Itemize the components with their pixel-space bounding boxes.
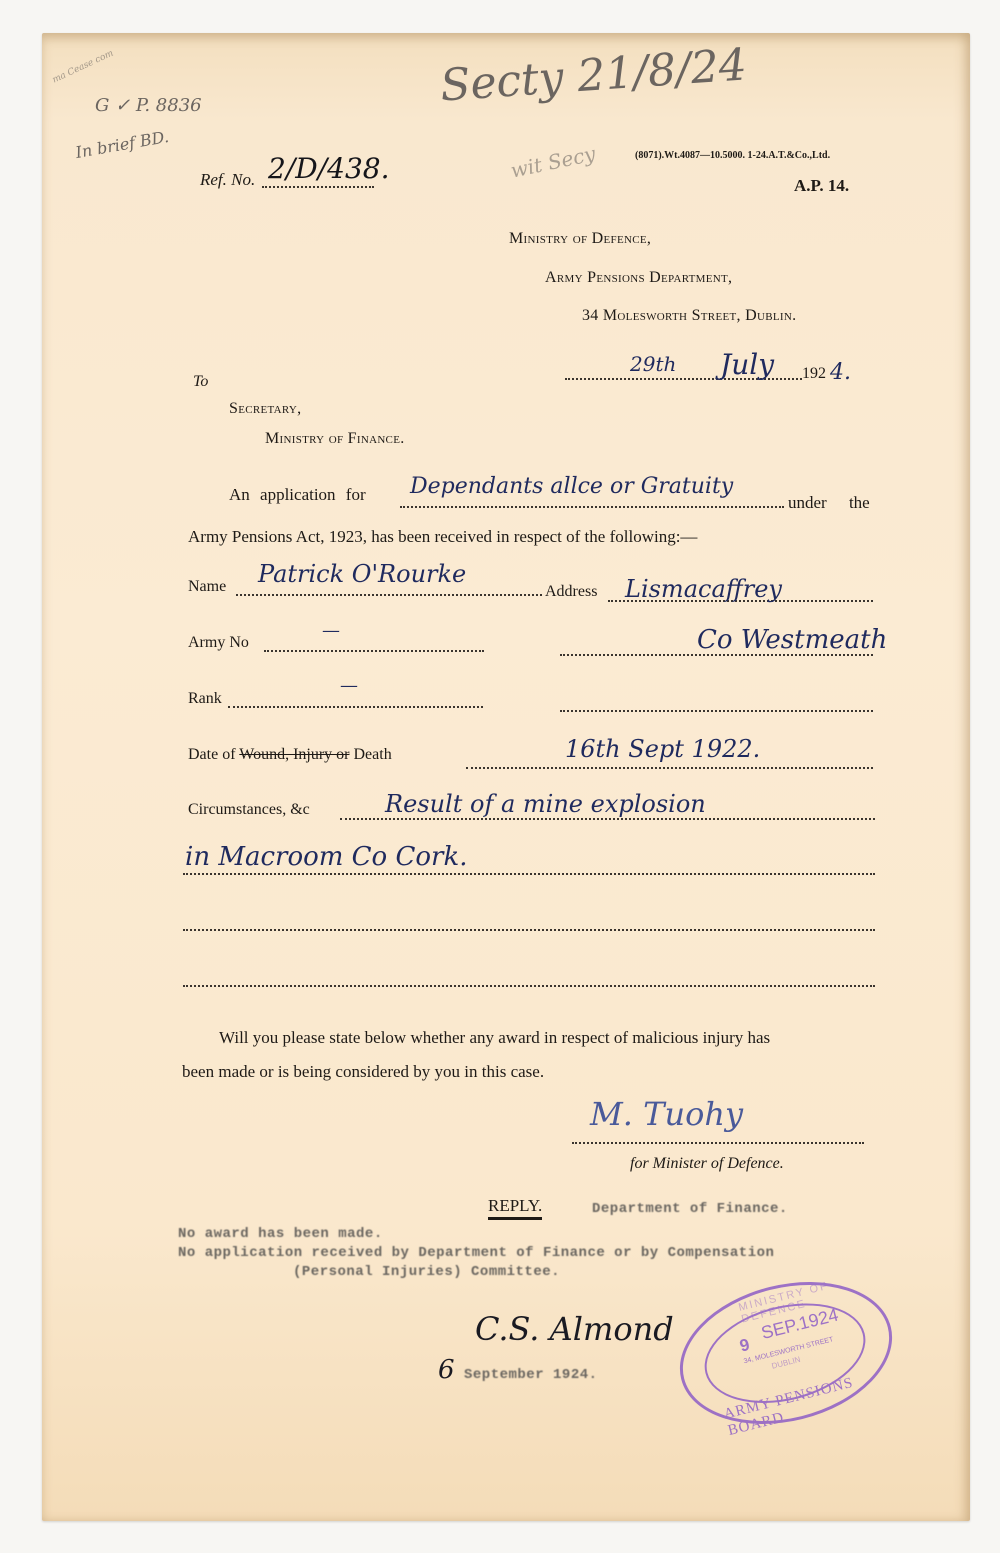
date-year-handwritten: 4. [830,360,851,385]
ref-dotted-line [262,186,374,188]
date-day: 29th [630,352,676,376]
recipient-line-2: Ministry of Finance. [265,430,405,448]
sender-line-2: Army Pensions Department, [545,269,732,287]
address-line-2: Co Westmeath [697,625,887,655]
rank-dotted-line [228,706,483,708]
date-of-death-label: Death [354,746,392,763]
application-dotted-line [400,506,784,508]
date-of-struck-label: Wound, Injury or [239,746,349,763]
reply-label: REPLY. [488,1196,542,1220]
circumstances-dotted-line-2 [183,873,875,875]
reply-department: Department of Finance. [592,1201,788,1217]
date-year-printed: 192 [802,365,826,383]
circumstances-dotted-line-3 [183,929,875,931]
circumstances-dotted-line-4 [183,985,875,987]
request-line-2: been made or is being considered by you … [182,1062,544,1082]
intro-prefix: An application for [229,485,366,505]
circumstances-line-2: in Macroom Co Cork. [185,842,467,872]
death-date-value: 16th Sept 1922. [565,735,760,763]
address-line-1: Lismacaffrey [625,575,782,603]
finance-signature: C.S. Almond [475,1310,674,1348]
request-line-1: Will you please state below whether any … [219,1028,770,1048]
ref-number: 2/D/438. [268,152,389,185]
reply-line-2: No application received by Department of… [178,1245,774,1261]
annotation-corner-initials: G ✓ P. 8836 [95,95,202,116]
sender-line-1: Ministry of Defence, [509,230,651,248]
to-label: To [193,373,208,391]
name-value: Patrick O'Rourke [258,560,466,588]
army-no-dotted-line [264,650,484,652]
army-no-label: Army No [188,634,249,652]
army-no-value: — [322,620,340,641]
intro-suffix: under the [788,493,870,513]
death-date-dotted-line [466,767,873,769]
sender-line-3: 34 Molesworth Street, Dublin. [582,307,796,325]
address-label: Address [545,583,597,601]
signature-caption: for Minister of Defence. [630,1155,784,1173]
form-number: A.P. 14. [794,176,849,196]
rank-extra-dotted-line [560,710,873,712]
ref-label: Ref. No. [200,170,255,190]
reply-date-text: September 1924. [464,1367,598,1383]
name-label: Name [188,578,226,596]
reply-line-1: No award has been made. [178,1226,383,1242]
date-of-label: Date of [188,746,236,763]
signature-dotted-line [572,1142,864,1144]
recipient-line-1: Secretary, [229,400,301,418]
rank-value: — [340,675,358,696]
application-type: Dependants allce or Gratuity [410,474,733,499]
reply-line-3: (Personal Injuries) Committee. [293,1264,560,1280]
intro-line-2: Army Pensions Act, 1923, has been receiv… [188,527,697,547]
reply-date-day: 6 [438,1355,455,1385]
print-code: (8071).Wt.4087—10.5000. 1-24.A.T.&Co.,Lt… [635,150,830,161]
name-dotted-line [236,594,542,596]
date-month: July [720,348,774,381]
rank-label: Rank [188,690,222,708]
circumstances-line-1: Result of a mine explosion [385,790,706,818]
defence-signature: M. Tuohy [590,1095,743,1133]
circumstances-dotted-line-1 [340,818,875,820]
circumstances-label: Circumstances, &c [188,801,310,819]
